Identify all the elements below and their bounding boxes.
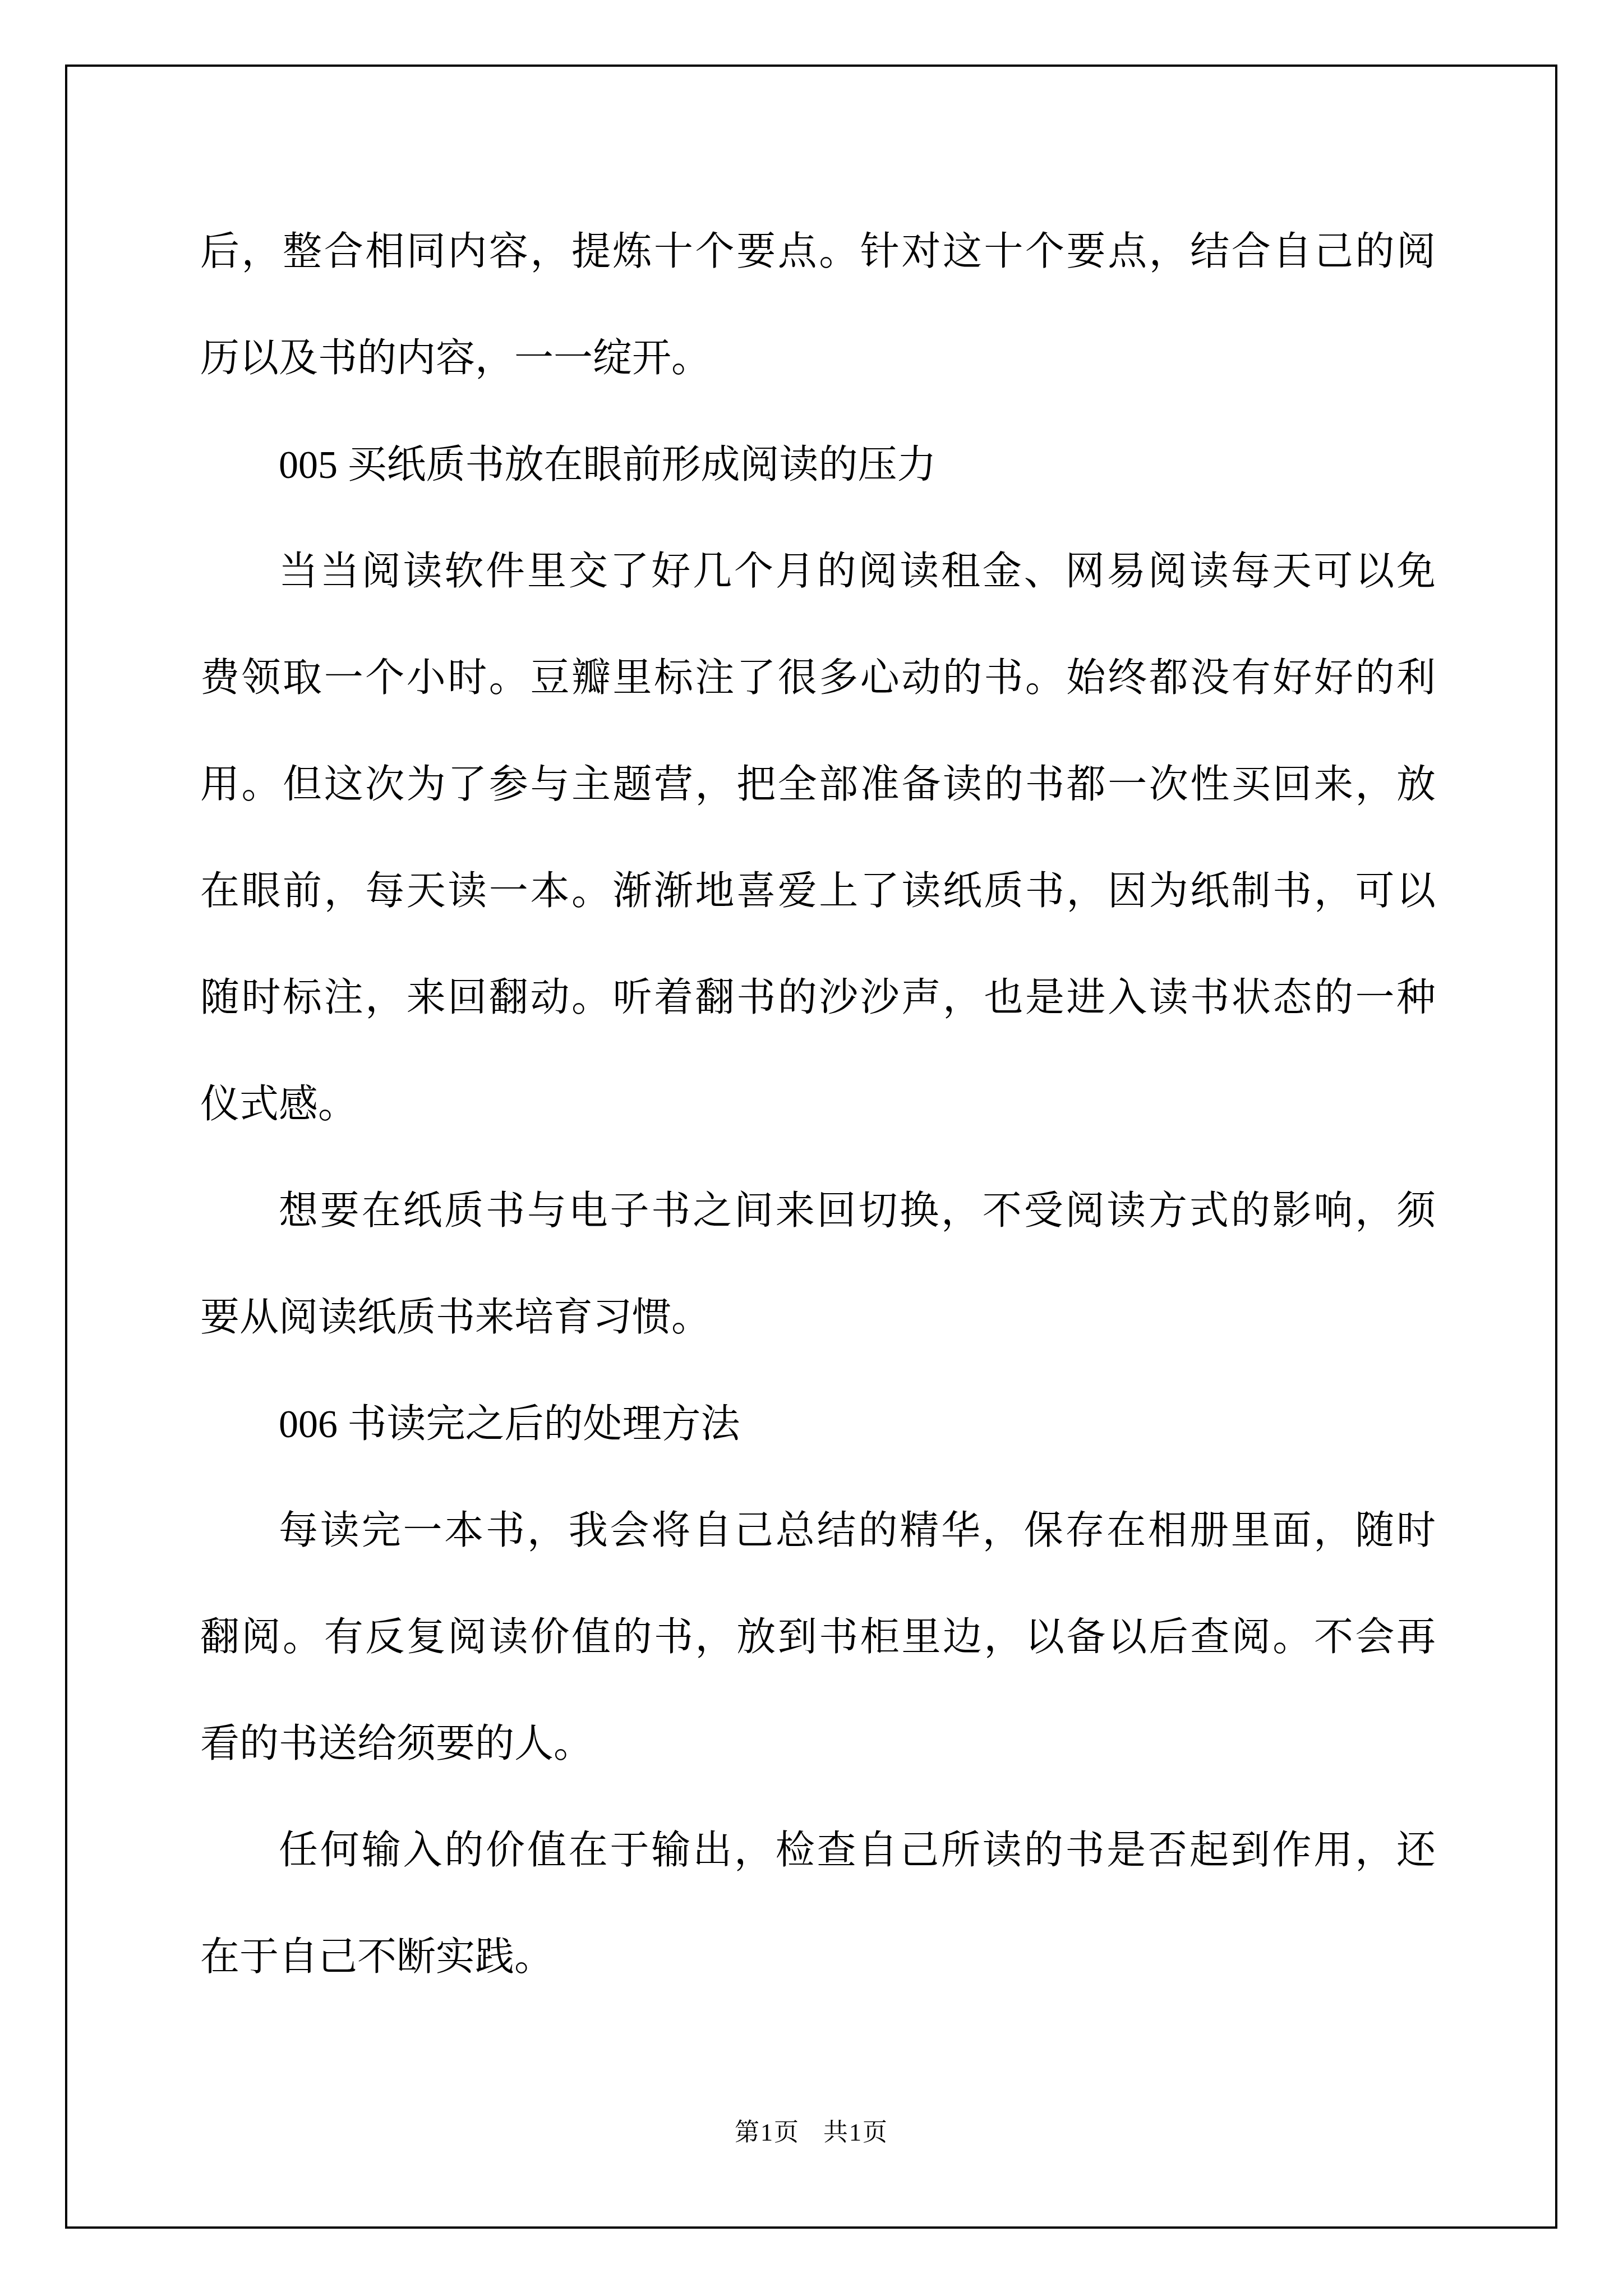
text-line: 用。但这次为了参与主题营，把全部准备读的书都一次性买回来，放 [200,732,1436,839]
text-line: 在眼前，每天读一本。渐渐地喜爱上了读纸质书，因为纸制书，可以 [200,839,1436,945]
document-body: 后，整合相同内容，提炼十个要点。针对这十个要点，结合自己的阅 历以及书的内容，一… [200,199,1436,2011]
total-pages-label: 共1页 [823,2119,888,2146]
text-line: 每读完一本书，我会将自己总结的精华，保存在相册里面，随时 [200,1478,1436,1585]
text-line: 随时标注，来回翻动。听着翻书的沙沙声，也是进入读书状态的一种 [200,945,1436,1052]
text-line: 仪式感。 [200,1052,1436,1158]
text-line: 任何输入的价值在于输出，检查自己所读的书是否起到作用，还 [200,1798,1436,1904]
text-line: 历以及书的内容，一一绽开。 [200,306,1436,412]
text-line: 后，整合相同内容，提炼十个要点。针对这十个要点，结合自己的阅 [200,199,1436,306]
text-line: 费领取一个小时。豆瓣里标注了很多心动的书。始终都没有好好的利 [200,625,1436,732]
text-line: 当当阅读软件里交了好几个月的阅读租金、网易阅读每天可以免 [200,519,1436,625]
text-line: 看的书送给须要的人。 [200,1691,1436,1798]
text-line: 要从阅读纸质书来培育习惯。 [200,1265,1436,1372]
section-heading: 005 买纸质书放在眼前形成阅读的压力 [200,412,1436,519]
text-line: 翻阅。有反复阅读价值的书，放到书柜里边，以备以后查阅。不会再 [200,1585,1436,1691]
page-number-label: 第1页 [735,2119,800,2146]
page-footer: 第1页共1页 [0,2115,1623,2151]
section-heading: 006 书读完之后的处理方法 [200,1372,1436,1478]
text-line: 在于自己不断实践。 [200,1904,1436,2011]
text-line: 想要在纸质书与电子书之间来回切换，不受阅读方式的影响，须 [200,1158,1436,1265]
